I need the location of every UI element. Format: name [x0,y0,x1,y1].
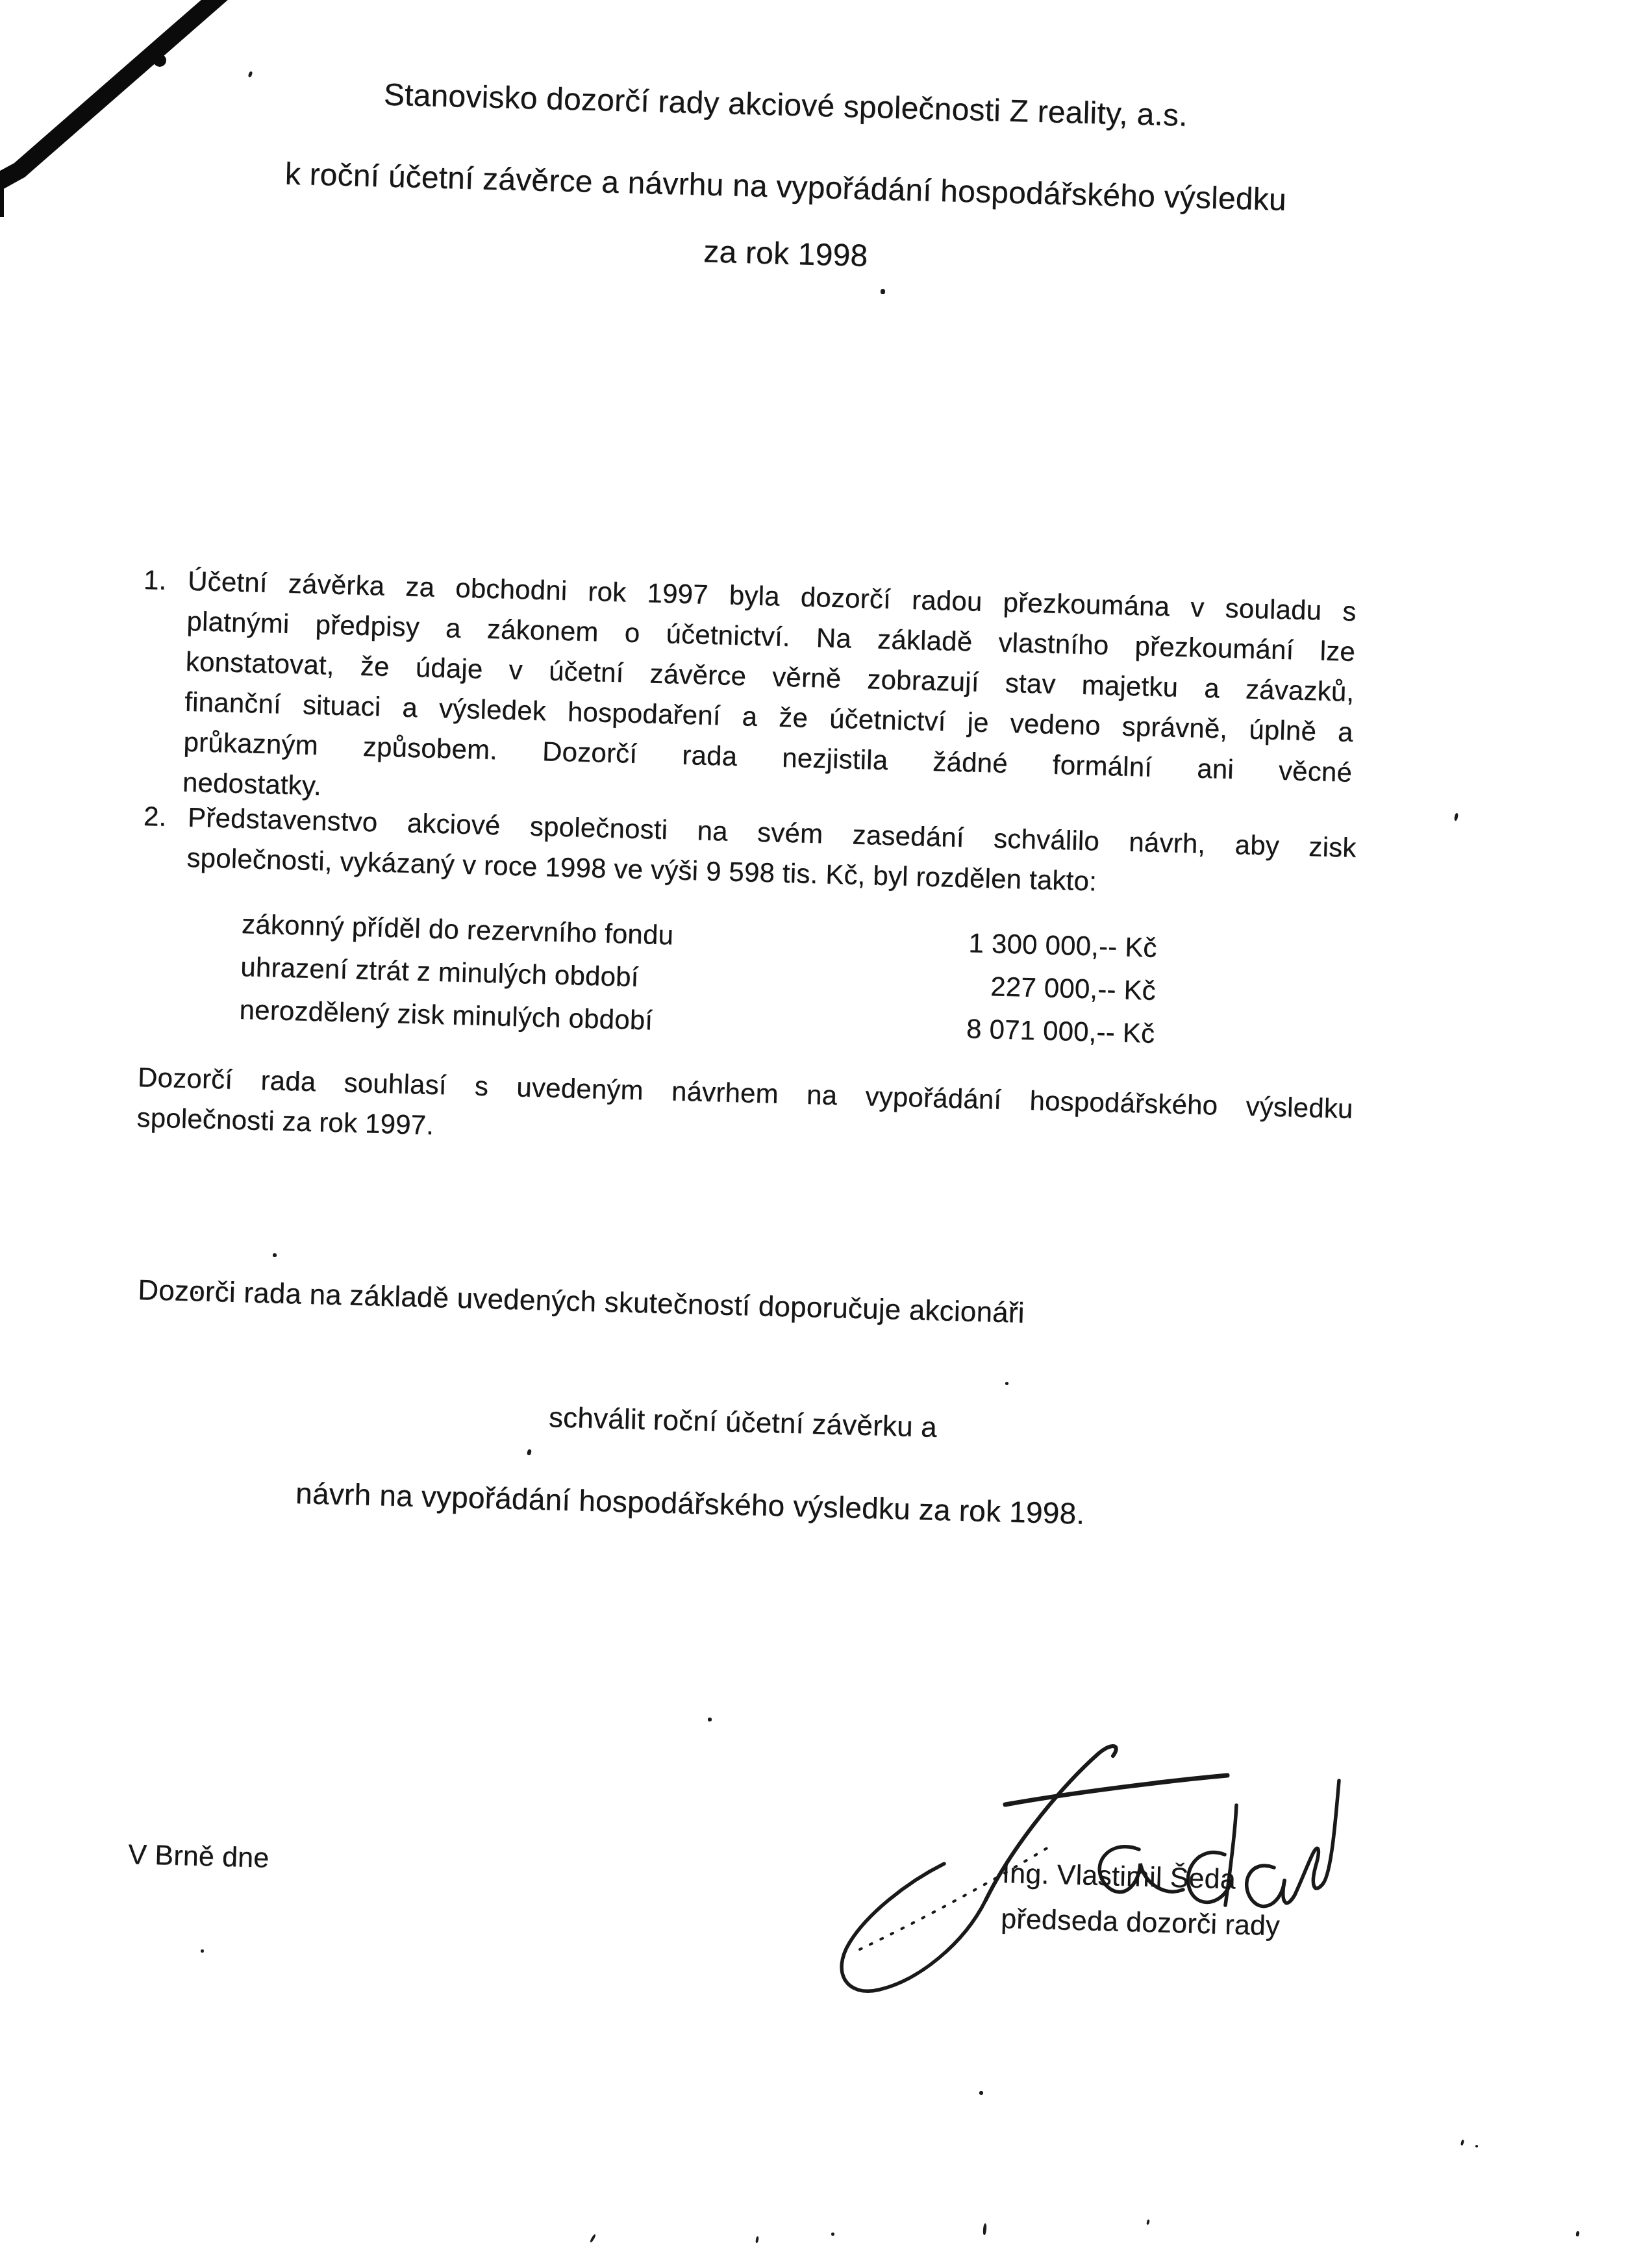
scan-speck [1005,1382,1008,1385]
scan-speck [201,1949,204,1953]
allocation-amount: 227 000,-- Kč [990,965,1156,1012]
scan-speck [881,289,885,294]
scan-speck [195,1291,198,1294]
scan-speck [755,2236,759,2244]
scan-speck [1460,2140,1464,2146]
consent-paragraph: Dozorčí rada souhlasí s uvedeným návrhem… [136,1057,1354,1170]
scan-speck [527,1449,532,1455]
signatory-role: předseda dozorči rady [1000,1896,1280,1949]
signatory-name: Ing. Vlastimil Šeda [1001,1851,1281,1903]
scan-speck [1454,813,1458,821]
scan-streak-artifact [0,0,273,247]
allocation-amount: 1 300 000,-- Kč [968,921,1158,970]
place-date-line: V Brně dne [128,1839,269,1875]
paragraph-1-number: 1. [138,560,188,803]
allocation-amount: 8 071 000,-- Kč [966,1007,1155,1055]
scan-speck [1575,2231,1579,2237]
paragraph-2-number: 2. [142,796,188,878]
recommendation-resolution-2: návrh na vypořádání hospodářského výsled… [295,1475,1085,1531]
scan-speck [708,1718,712,1721]
paragraph-1: 1. Účetní závěrka za obchodni rok 1997 b… [138,560,1357,833]
signatory-block: Ing. Vlastimil Šeda předseda dozorči rad… [1000,1851,1281,1949]
scan-speck [1475,2145,1478,2147]
document-title-line-3: za rok 1998 [0,215,1572,294]
scan-speck [982,2223,987,2235]
scan-speck [979,2091,983,2095]
recommendation-resolution-1: schválit roční účetní závěrku a [0,1387,1486,1458]
scanned-page: Stanovisko dozorčí rady akciové společno… [0,0,1652,2252]
allocation-table: zákonný příděl do rezervního fondu 1 300… [239,903,1158,1055]
recommendation-intro: Dozorči rada na základě uvedených skuteč… [138,1274,1025,1330]
scan-speck [1146,2220,1150,2225]
scan-speck [831,2233,834,2236]
scan-speck [590,2234,596,2243]
scan-speck [273,1253,277,1257]
